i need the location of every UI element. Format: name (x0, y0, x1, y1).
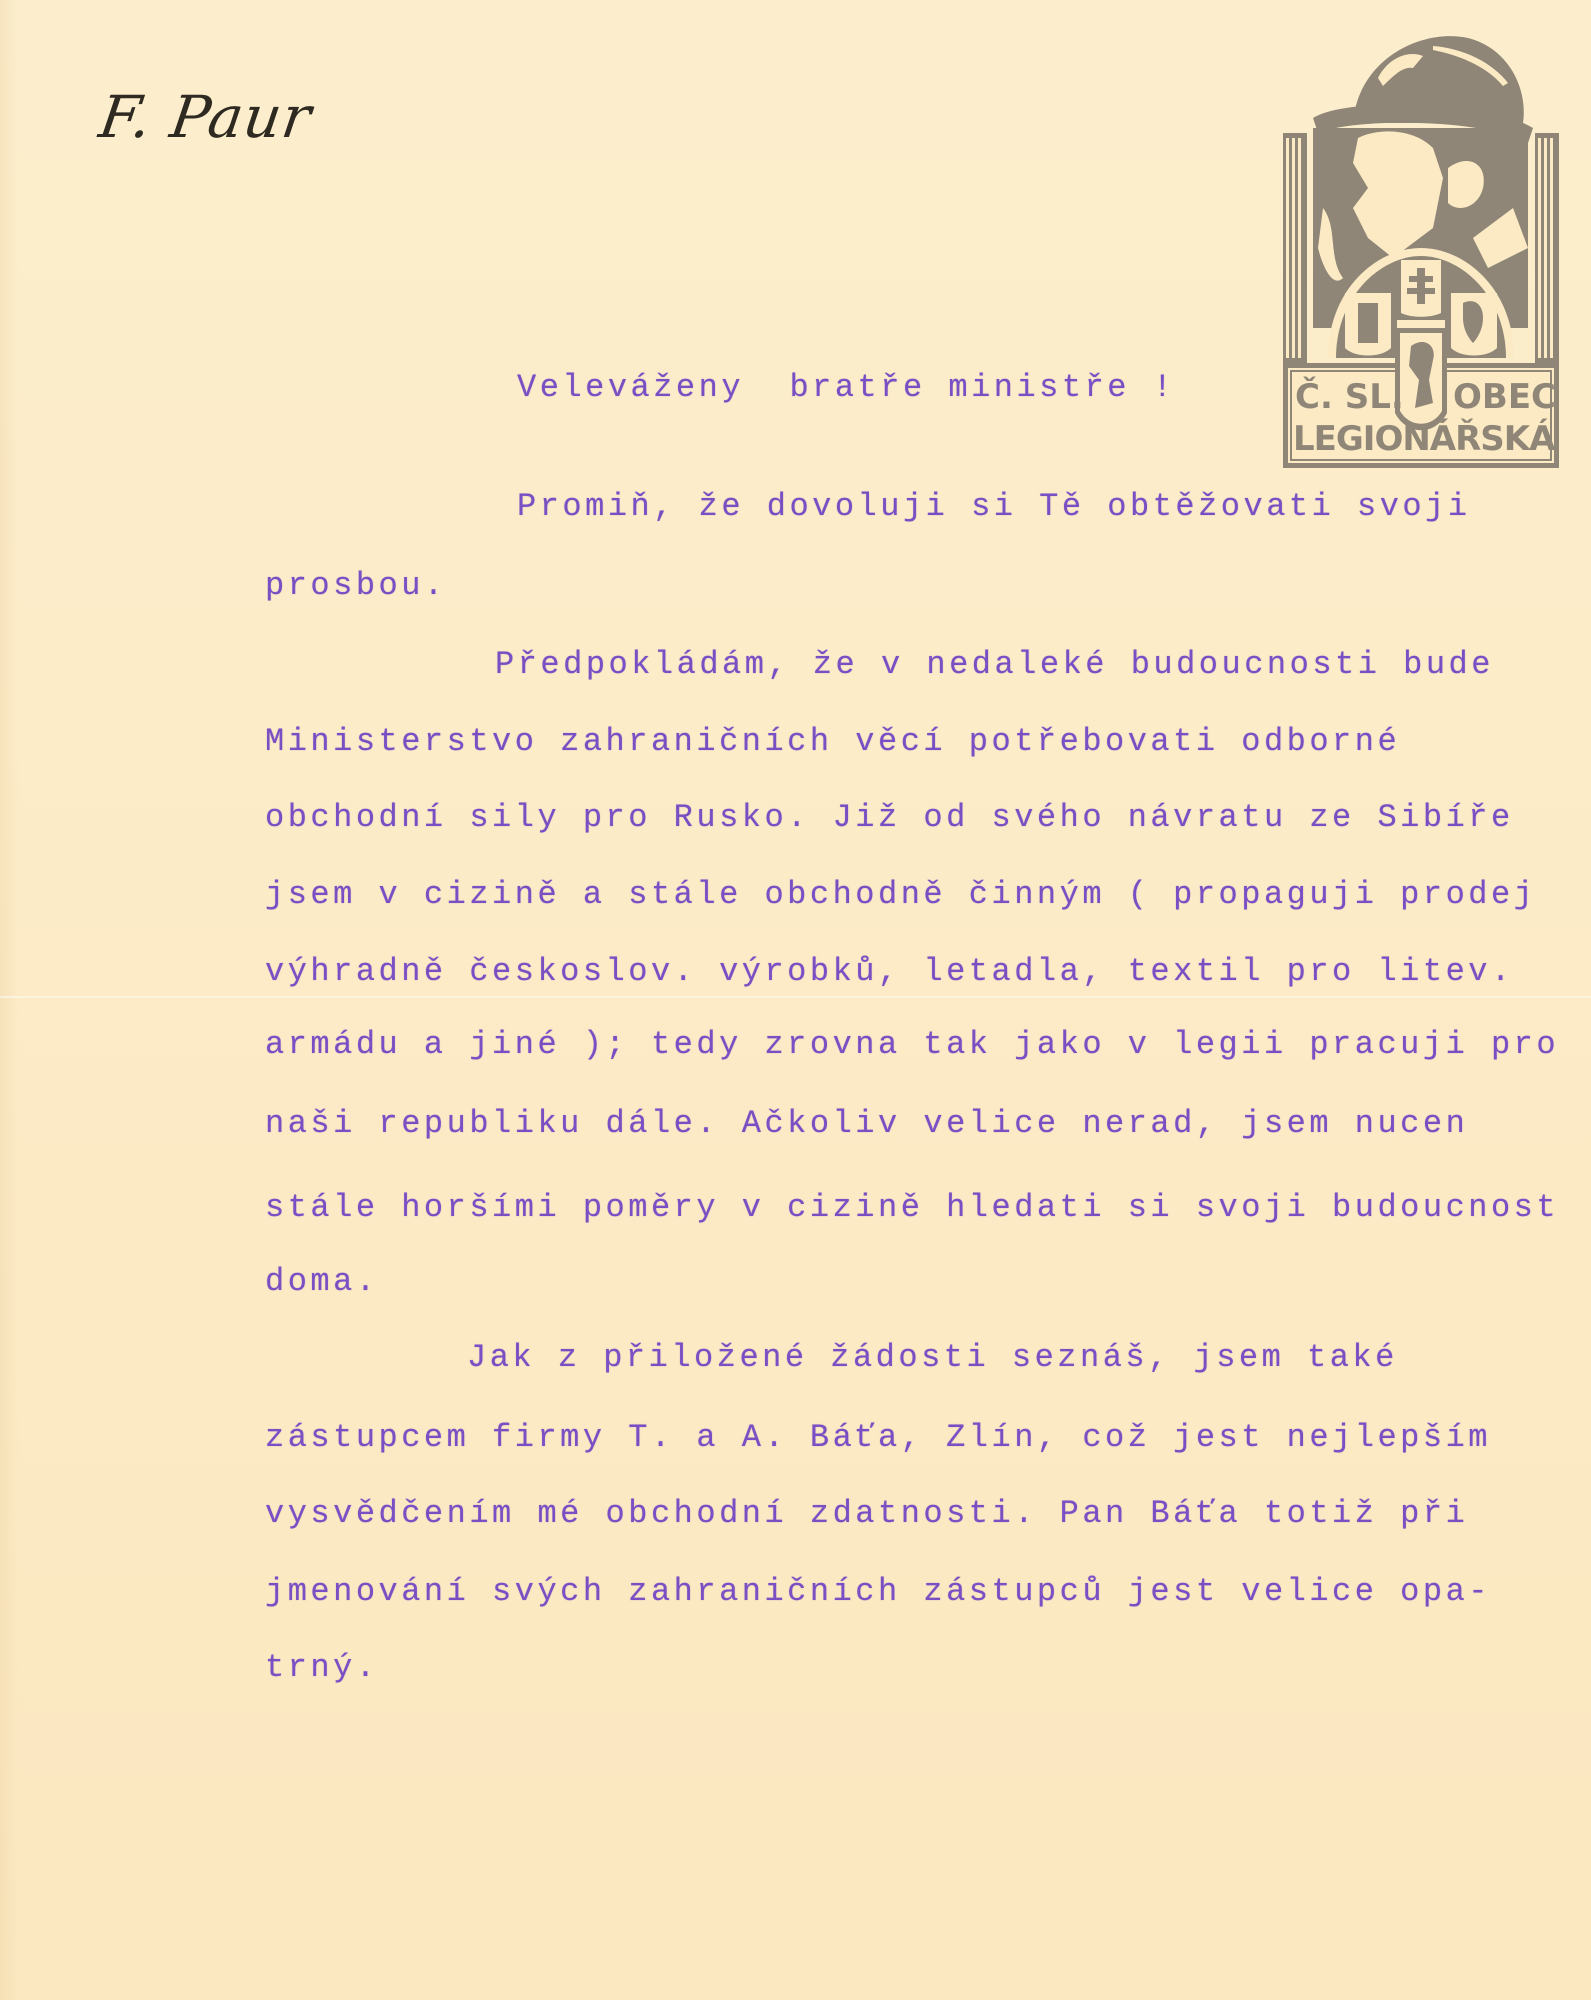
letter-line: prosbou. (265, 566, 447, 606)
letter-line: Předpokládám, že v nedaleké budoucnosti … (495, 645, 1494, 685)
letter-line: armádu a jiné ); tedy zrovna tak jako v … (265, 1025, 1559, 1065)
letter-line: obchodní sily pro Rusko. Již od svého ná… (265, 798, 1514, 838)
legion-logo: Č. SL. OBEC LEGIONÁŘSKÁ (1283, 28, 1559, 468)
logo-text-obec: OBEC (1453, 380, 1556, 414)
letter-line: výhradně českoslov. výrobků, letadla, te… (265, 952, 1514, 992)
letter-salutation: Veleváženy bratře ministře ! (517, 368, 1175, 408)
letter-line: Promiň, že dovoluji si Tě obtěžovati svo… (517, 487, 1471, 527)
letter-line: doma. (265, 1262, 379, 1302)
letterhead-signature: F. Paur (96, 88, 315, 146)
letter-line: stále horšími poměry v cizině hledati si… (265, 1188, 1559, 1228)
paper-fold-line (0, 996, 1591, 998)
letter-line: jmenování svých zahraničních zástupců je… (265, 1572, 1491, 1612)
letter-line: Ministerstvo zahraničních věcí potřebova… (265, 722, 1400, 762)
letter-line: naši republiku dále. Ačkoliv velice nera… (265, 1104, 1468, 1144)
letter-page: F. Paur (0, 0, 1591, 2000)
logo-text-csl: Č. SL. (1295, 380, 1404, 414)
letter-line: trný. (265, 1648, 379, 1688)
logo-text-legionarska: LEGIONÁŘSKÁ (1293, 422, 1554, 456)
letter-line: vysvědčením mé obchodní zdatnosti. Pan B… (265, 1494, 1468, 1534)
letter-line: zástupcem firmy T. a A. Báťa, Zlín, což … (265, 1418, 1491, 1458)
letter-line: Jak z přiložené žádosti seznáš, jsem tak… (467, 1338, 1398, 1378)
letter-line: jsem v cizině a stále obchodně činným ( … (265, 875, 1536, 915)
